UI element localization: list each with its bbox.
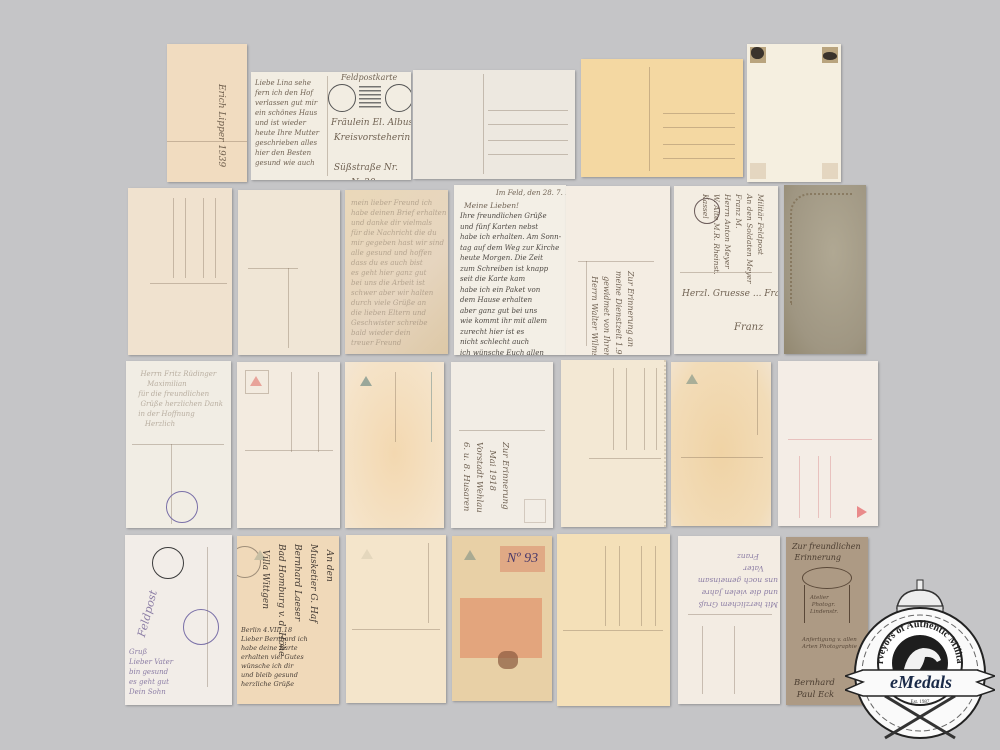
water-stain xyxy=(790,193,852,305)
postcard-r3c3 xyxy=(345,362,444,528)
stamp-line xyxy=(215,198,216,278)
divider-line xyxy=(563,630,663,631)
postcard-r1c3 xyxy=(413,70,575,179)
stamp-line xyxy=(185,198,186,278)
stamp-line xyxy=(605,546,606,626)
glue-residue xyxy=(823,52,837,60)
stamp-triangle-icon xyxy=(857,506,867,518)
address-line xyxy=(663,144,735,145)
stamp-line xyxy=(818,456,819,518)
message-text: Berlin 4.VIII.18 Lieber Bernhard ich hab… xyxy=(241,626,308,689)
album-mount-r1c5 xyxy=(747,44,841,182)
stamp-line xyxy=(291,372,292,452)
divider-line xyxy=(649,67,650,171)
signature-text: Bernhard Paul Eck xyxy=(794,677,835,701)
postcard-r4c6: Mit herzlichem Gruß und die vielen Jahre… xyxy=(678,536,780,704)
greeting-text: Herzl. Gruesse ... Franz xyxy=(682,286,778,302)
stamp-line xyxy=(613,368,614,450)
postcard-r1c1: Erich Lipper 1939 xyxy=(167,44,247,182)
address-line xyxy=(488,124,568,125)
stamp-line xyxy=(644,368,645,450)
stamp-line xyxy=(656,368,657,450)
divider-line xyxy=(207,547,208,687)
divider-line xyxy=(459,430,545,431)
postmark-stamp xyxy=(328,84,356,112)
postcard-r3c2 xyxy=(237,362,340,528)
handwriting: Zur Erinnerung an meine Dienstzeit 1.9 g… xyxy=(588,271,636,355)
address-line xyxy=(488,154,568,155)
stamp-line xyxy=(734,626,735,694)
faded-handwriting: mein lieber Freund ich habe deinen Brief… xyxy=(351,198,446,348)
address-text: Fräulein El. Albus Kreisvorsteherin Süßs… xyxy=(331,116,411,180)
handwriting: Feldpost xyxy=(135,589,160,639)
stamp-line xyxy=(318,372,319,452)
stamp-line xyxy=(203,198,204,278)
stamp-line xyxy=(702,626,703,694)
handwriting: Zur Erinnerung Mai 1918 Vorstadt Wehlau … xyxy=(459,442,511,513)
postcard-r4c2: An den Musketier G. Haf Bernhard Laeser … xyxy=(237,536,339,704)
divider-line xyxy=(150,283,227,284)
postcard-r2c1 xyxy=(128,188,232,355)
postcard-r4c4: Nº 93 xyxy=(452,536,552,701)
logo-established-text: Est. 1987 xyxy=(895,700,945,705)
postcard-r3c6 xyxy=(671,362,771,526)
paper-remnant xyxy=(460,598,542,658)
postcard-r3c5 xyxy=(561,360,666,527)
frame-line xyxy=(804,585,805,623)
stamp-line xyxy=(619,546,620,626)
divider-line xyxy=(688,614,772,615)
stamp-line xyxy=(395,372,396,442)
handwriting: Erich Lipper 1939 xyxy=(214,84,227,167)
address-line xyxy=(488,140,568,141)
postcard-r2c4: Im Feld, den 28. 7. 1918 Meine Lieben! I… xyxy=(454,185,566,355)
logo-brand-text: eMedals xyxy=(873,672,969,693)
postcard-r1c4 xyxy=(581,59,743,177)
laurel-wreath-icon: Purveyors of Authentic Militaria xyxy=(845,578,995,743)
divider-line xyxy=(589,458,661,459)
postmark-stamp xyxy=(385,84,411,112)
stamp-line xyxy=(799,456,800,518)
divider-line xyxy=(327,76,328,176)
address-line xyxy=(663,158,735,159)
divider-line xyxy=(167,141,247,142)
postcard-r2c5: Zur Erinnerung an meine Dienstzeit 1.9 g… xyxy=(566,186,670,355)
message-text: Gruß Lieber Vater bin gesund es geht gut… xyxy=(129,647,173,697)
address-line xyxy=(663,127,735,128)
studio-imprint: Atelier Photogr. Lindenstr. xyxy=(810,595,838,616)
divider-line xyxy=(288,268,289,348)
header-text: Feldpostkarte xyxy=(341,72,397,84)
postmark-stamp xyxy=(183,609,219,645)
postcard-r2c3: mein lieber Freund ich habe deinen Brief… xyxy=(345,190,448,354)
postcard-r1c2: Feldpostkarte Fräulein El. Albus Kreisvo… xyxy=(251,72,411,180)
stamp-box xyxy=(524,499,546,523)
stamp-triangle-icon xyxy=(250,376,262,386)
letter-body: Ihre freundlichen Grüße und fünf Karten … xyxy=(460,211,561,355)
postcard-r2c2 xyxy=(238,190,340,355)
handwriting: Herrn Fritz Rüdinger Maximilian für die … xyxy=(136,369,223,429)
postmark-stamp xyxy=(152,547,184,579)
divider-line xyxy=(248,268,298,269)
mount-corner xyxy=(750,163,766,179)
handwriting: Zur freundlichen Erinnerung xyxy=(792,541,861,563)
postcard-r3c1: Herrn Fritz Rüdinger Maximilian für die … xyxy=(126,361,231,528)
cancellation-bars xyxy=(359,86,381,108)
handwriting: Mit herzlichem Gruß und die vielen Jahre… xyxy=(698,550,778,610)
stamp-triangle-icon xyxy=(464,550,476,560)
divider-line xyxy=(578,261,654,262)
address-text: Militär Feldpost An den Soldaten Meyer F… xyxy=(700,194,766,283)
message-text: Liebe Lina sehe fern ich den Hof verlass… xyxy=(255,78,319,168)
postcard-r2c6: Militär Feldpost An den Soldaten Meyer F… xyxy=(674,186,778,354)
divider-line xyxy=(352,629,440,630)
emedals-logo-watermark: Purveyors of Authentic Militaria eMedals… xyxy=(845,578,995,743)
glue-residue xyxy=(751,47,764,59)
postcard-r4c1: Feldpost Gruß Lieber Vater bin gesund es… xyxy=(125,535,232,705)
stamp-triangle-icon xyxy=(686,374,698,384)
divider-line xyxy=(245,450,333,451)
divider-line xyxy=(788,439,872,440)
divider-line xyxy=(483,74,484,174)
address-line xyxy=(488,110,568,111)
stamp-line xyxy=(655,546,656,626)
postcard-r4c3 xyxy=(346,535,446,703)
postmark-stamp xyxy=(166,491,198,523)
address-line xyxy=(663,113,735,114)
stamp-triangle-icon xyxy=(360,376,372,386)
postcard-r4c5 xyxy=(557,534,670,706)
stamp-triangle-icon xyxy=(361,549,373,559)
stamp-line xyxy=(626,368,627,450)
stamp-line xyxy=(428,543,429,623)
divider-line xyxy=(681,457,763,458)
divider-line xyxy=(132,444,224,445)
stamp-line xyxy=(830,456,831,518)
stamp-line xyxy=(431,372,432,442)
divider-line xyxy=(586,261,587,346)
cabinet-card-r2c7 xyxy=(784,185,866,354)
stamp-line xyxy=(173,198,174,278)
paper-damage xyxy=(498,651,518,669)
signature-text: Franz xyxy=(734,321,763,334)
stamp-line xyxy=(757,370,758,435)
postcard-r3c4: Zur Erinnerung Mai 1918 Vorstadt Wehlau … xyxy=(451,362,553,528)
number-label: Nº 93 xyxy=(500,546,545,572)
stamp-line xyxy=(641,546,642,626)
postcard-r3c7 xyxy=(778,361,878,526)
mount-corner xyxy=(822,163,838,179)
